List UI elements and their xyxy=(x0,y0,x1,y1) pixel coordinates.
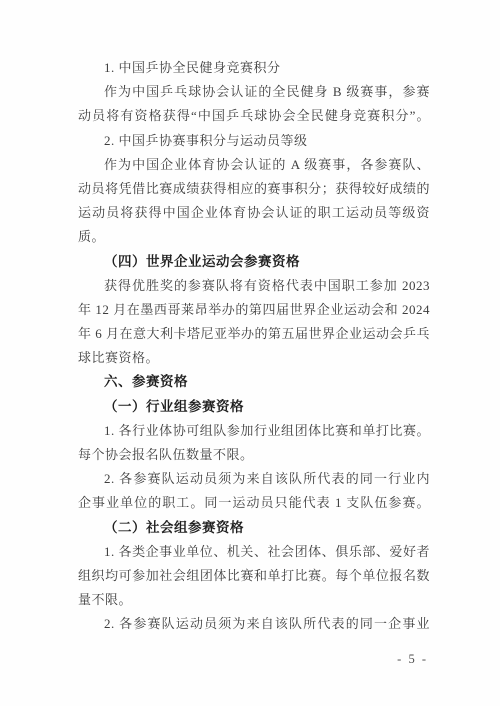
text-line: 年 6 月在意大利卡塔尼亚举办的第五届世界企业运动会乒乓 xyxy=(78,322,430,346)
text-line: 球比赛资格。 xyxy=(78,346,430,370)
text-line: 年 12 月在墨西哥莱昂举办的第四届世界企业运动会和 2024 xyxy=(78,298,430,322)
text-line: 1. 各类企事业单位、机关、社会团体、俱乐部、爱好者 xyxy=(78,540,430,564)
text-line: 运动员将获得中国企业体育协会认证的职工运动员等级资 xyxy=(78,201,430,225)
text-line: 质。 xyxy=(78,225,430,249)
text-line: 组织均可参加社会组团体比赛和单打比赛。每个单位报名数 xyxy=(78,564,430,588)
text-line: 2. 中国乒协赛事积分与运动员等级 xyxy=(78,129,430,153)
document-body: 1. 中国乒协全民健身竞赛积分作为中国乒乓球协会认证的全民健身 B 级赛事，参赛… xyxy=(78,56,430,637)
heading-line: （四）世界企业运动会参赛资格 xyxy=(78,250,430,274)
text-line: 2. 各参赛队运动员须为来自该队所代表的同一行业内 xyxy=(78,467,430,491)
text-line: 2. 各参赛队运动员须为来自该队所代表的同一企事业 xyxy=(78,612,430,636)
text-line: 量不限。 xyxy=(78,588,430,612)
text-line: 1. 中国乒协全民健身竞赛积分 xyxy=(78,56,430,80)
heading-line: （一）行业组参赛资格 xyxy=(78,395,430,419)
text-line: 1. 各行业体协可组队参加行业组团体比赛和单打比赛。 xyxy=(78,419,430,443)
text-line: 每个协会报名队伍数量不限。 xyxy=(78,443,430,467)
text-line: 动员将凭借比赛成绩获得相应的赛事积分；获得较好成绩的 xyxy=(78,177,430,201)
text-line: 企事业单位的职工。同一运动员只能代表 1 支队伍参赛。 xyxy=(78,491,430,515)
text-line: 作为中国企业体育协会认证的 A 级赛事，各参赛队、运 xyxy=(78,153,430,177)
text-line: 作为中国乒乓球协会认证的全民健身 B 级赛事，参赛运 xyxy=(78,80,430,104)
heading-line: （二）社会组参赛资格 xyxy=(78,516,430,540)
page-number: - 5 - xyxy=(397,652,428,667)
document-page: 1. 中国乒协全民健身竞赛积分作为中国乒乓球协会认证的全民健身 B 级赛事，参赛… xyxy=(0,0,500,706)
text-line: 动员将有资格获得“中国乒乓球协会全民健身竞赛积分”。 xyxy=(78,104,430,128)
text-line: 获得优胜奖的参赛队将有资格代表中国职工参加 2023 xyxy=(78,274,430,298)
heading-line: 六、参赛资格 xyxy=(78,370,430,394)
